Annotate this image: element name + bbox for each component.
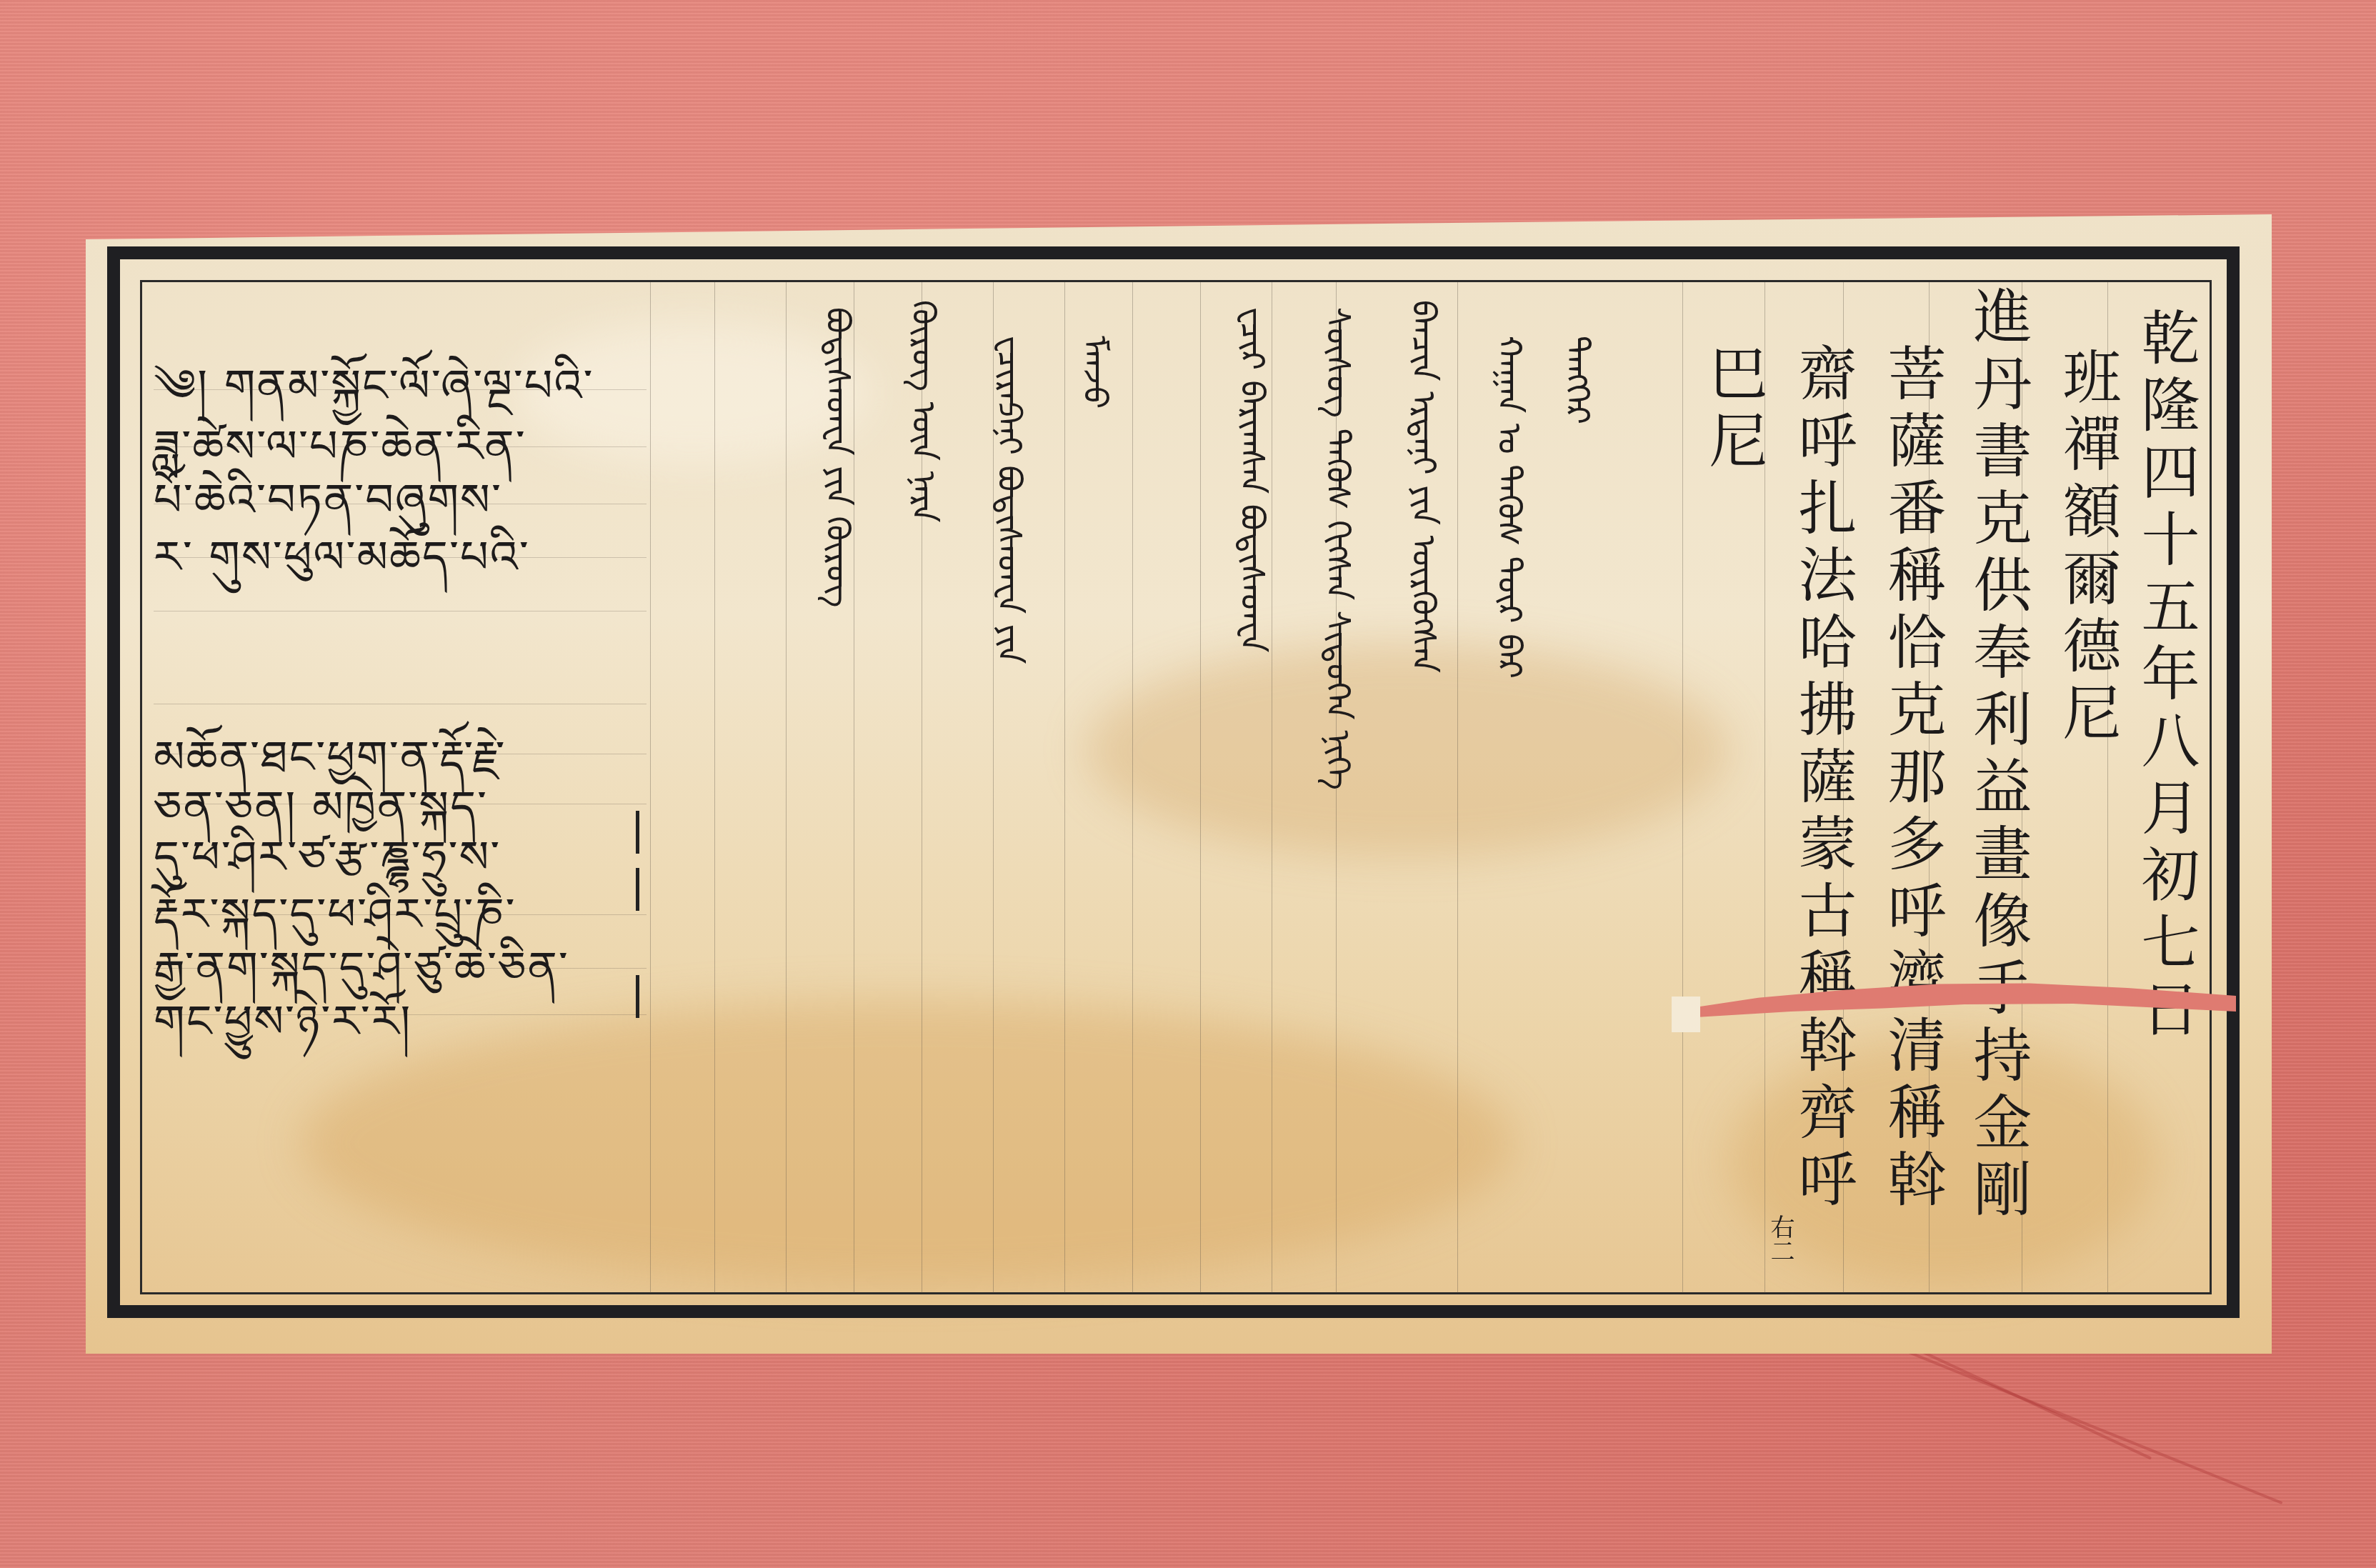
chinese-column-end: 巴尼	[1704, 343, 1762, 477]
column-rule	[1457, 282, 1458, 1293]
column-rule	[714, 282, 715, 1293]
manchu-column: ᠪᠣᠳᠢᠰᠠᠳᠸᠠ ᠶᠢᠨ ᠬᠥᠷᠥᠭ	[822, 307, 854, 607]
chinese-annotation: 右二	[1768, 1214, 1792, 1263]
tibetan-shad	[636, 868, 639, 911]
tibetan-line: ར་ གུས་ཕུལ་མཆོད་པའི་	[154, 507, 530, 632]
mongolian-column: ᠲᠡᠩᠭᠡᠷ	[1561, 336, 1594, 424]
mongolian-column: ᠸᠴᠢᠷ ᠪᠠᠷᠢᠭᠰᠠᠨ ᠪᠣᠳᠢᠰᠠᠳᠸᠠ	[1236, 307, 1269, 652]
tibetan-line: གང་ཕྱུས་ཉེ་ར་རོ།	[154, 972, 411, 1097]
column-rule	[1200, 282, 1201, 1293]
paper-tear-flap	[1672, 997, 1700, 1032]
column-rule	[650, 282, 651, 1293]
silk-crease	[1871, 1336, 2282, 1504]
manchu-column: ᠸᠴᠢᠷᠠᠫᠠᠨᠢ ᠪᠣᠳᠢᠰᠠᠳᠸᠠ ᠶᠢᠨ	[993, 336, 1026, 664]
chinese-column-offering: 進丹書克供奉利益畫像手持金剛	[1968, 286, 2027, 1226]
tibetan-shad	[636, 975, 639, 1018]
tibetan-shad	[636, 811, 639, 854]
manchu-column: ᠮᠠᠨᠵᠤ	[1079, 336, 1112, 409]
mongolian-column: ᠪᠠᠨᠴᠢᠨ ᠡᠷᠳᠡᠨᠢ ᠶᠢᠨ ᠥᠷᠭᠦᠭᠰᠡᠨ	[1407, 300, 1440, 673]
chinese-column-bodhisattva: 菩薩番稱恰克那多呼濟清稱斡	[1882, 343, 1941, 1216]
chinese-column-date: 乾隆四十五年八月初七日	[2136, 307, 2195, 1046]
mongolian-column: ᠬᠠᠭᠠᠨ ᠤ ᠲᠡᠭᠦᠰ ᠳᠦᠷ ᠪᠡᠷ	[1493, 336, 1526, 679]
chinese-column-mongol-name: 齋呼扎法哈拂薩蒙古稱斡齊呼	[1793, 343, 1852, 1216]
chinese-column-name: 班禪額爾德尼	[2057, 346, 2116, 749]
manchu-column: ᠬᠥᠷᠥᠭ ᠦᠨ ᠨᠡᠷᠡ	[907, 300, 940, 522]
column-rule	[786, 282, 787, 1293]
column-rule	[1064, 282, 1065, 1293]
mongolian-column: ᠰᠦᠰᠦᠭ ᠲᠡᠭᠦᠰ ᠬᠢᠭᠰᠡᠨ ᠰᠢᠲᠦᠭᠡᠨ ᠨᠢᠭᠡ	[1322, 307, 1354, 790]
line-rule	[154, 704, 647, 704]
column-rule	[1682, 282, 1683, 1293]
column-rule	[1132, 282, 1133, 1293]
column-rule	[1272, 282, 1272, 1293]
